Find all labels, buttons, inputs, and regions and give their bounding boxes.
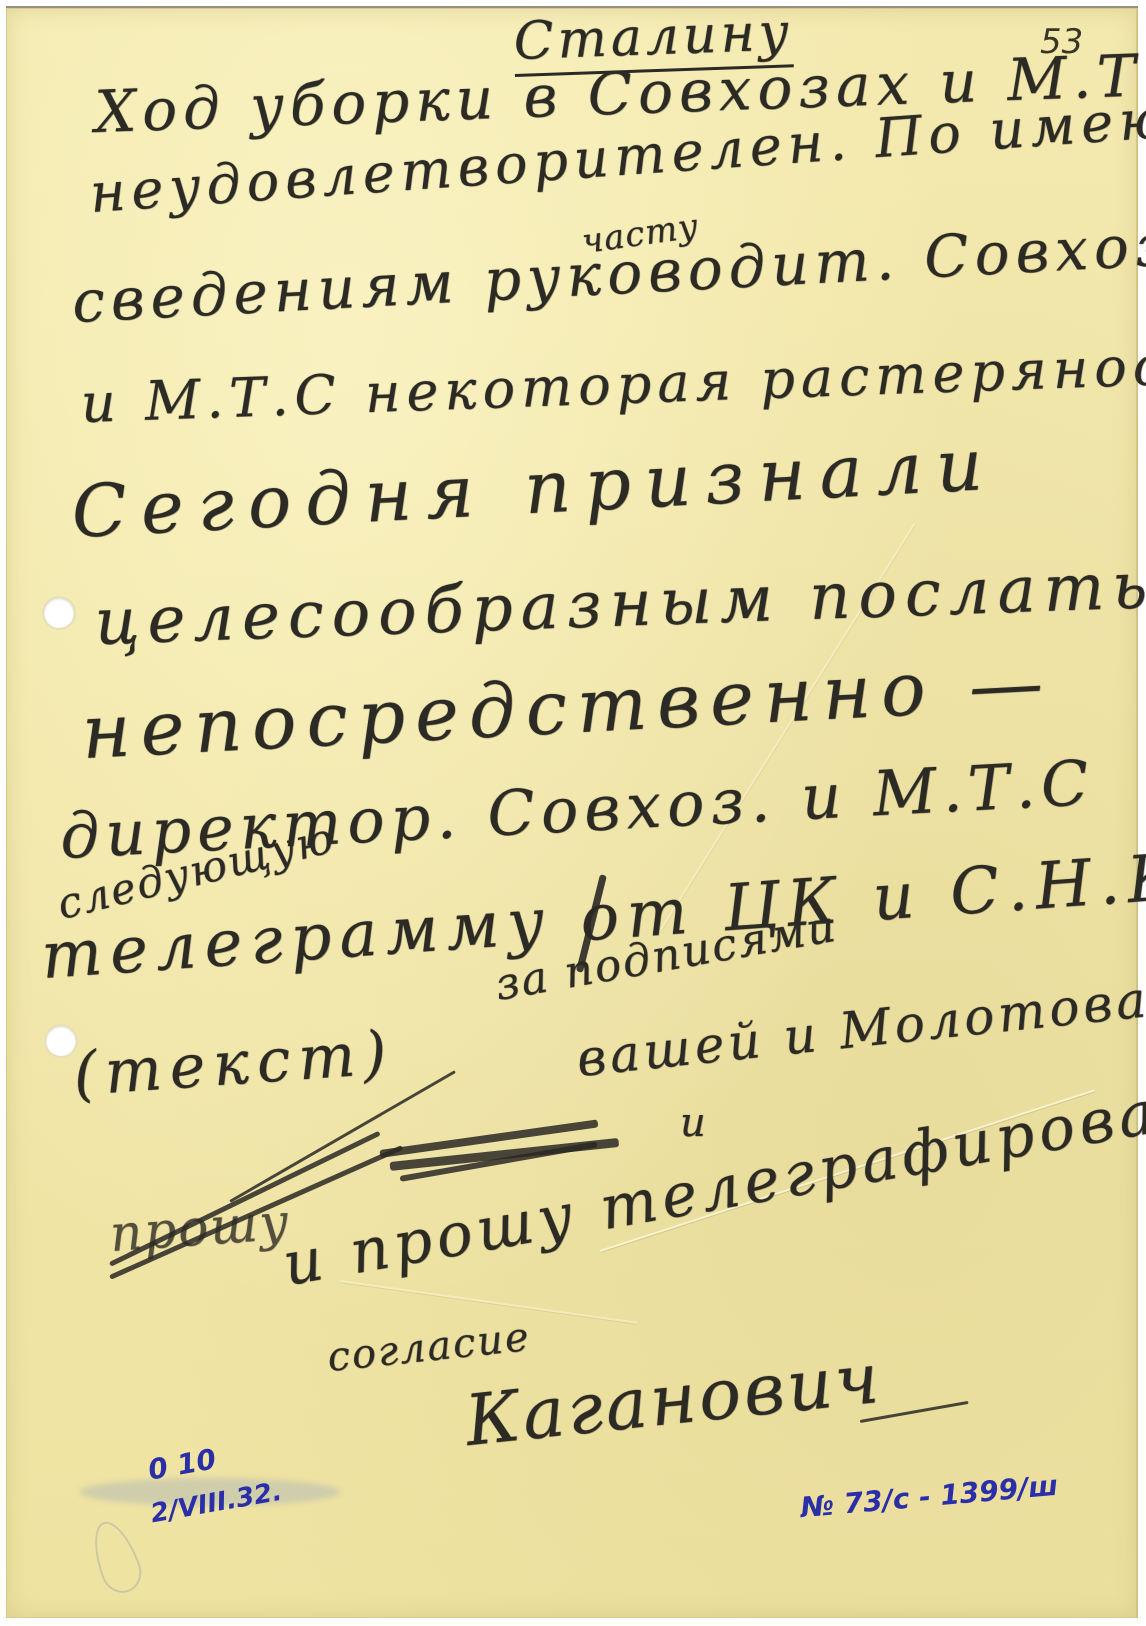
- punch-hole-top: [44, 598, 74, 628]
- line-14: и: [680, 1100, 708, 1146]
